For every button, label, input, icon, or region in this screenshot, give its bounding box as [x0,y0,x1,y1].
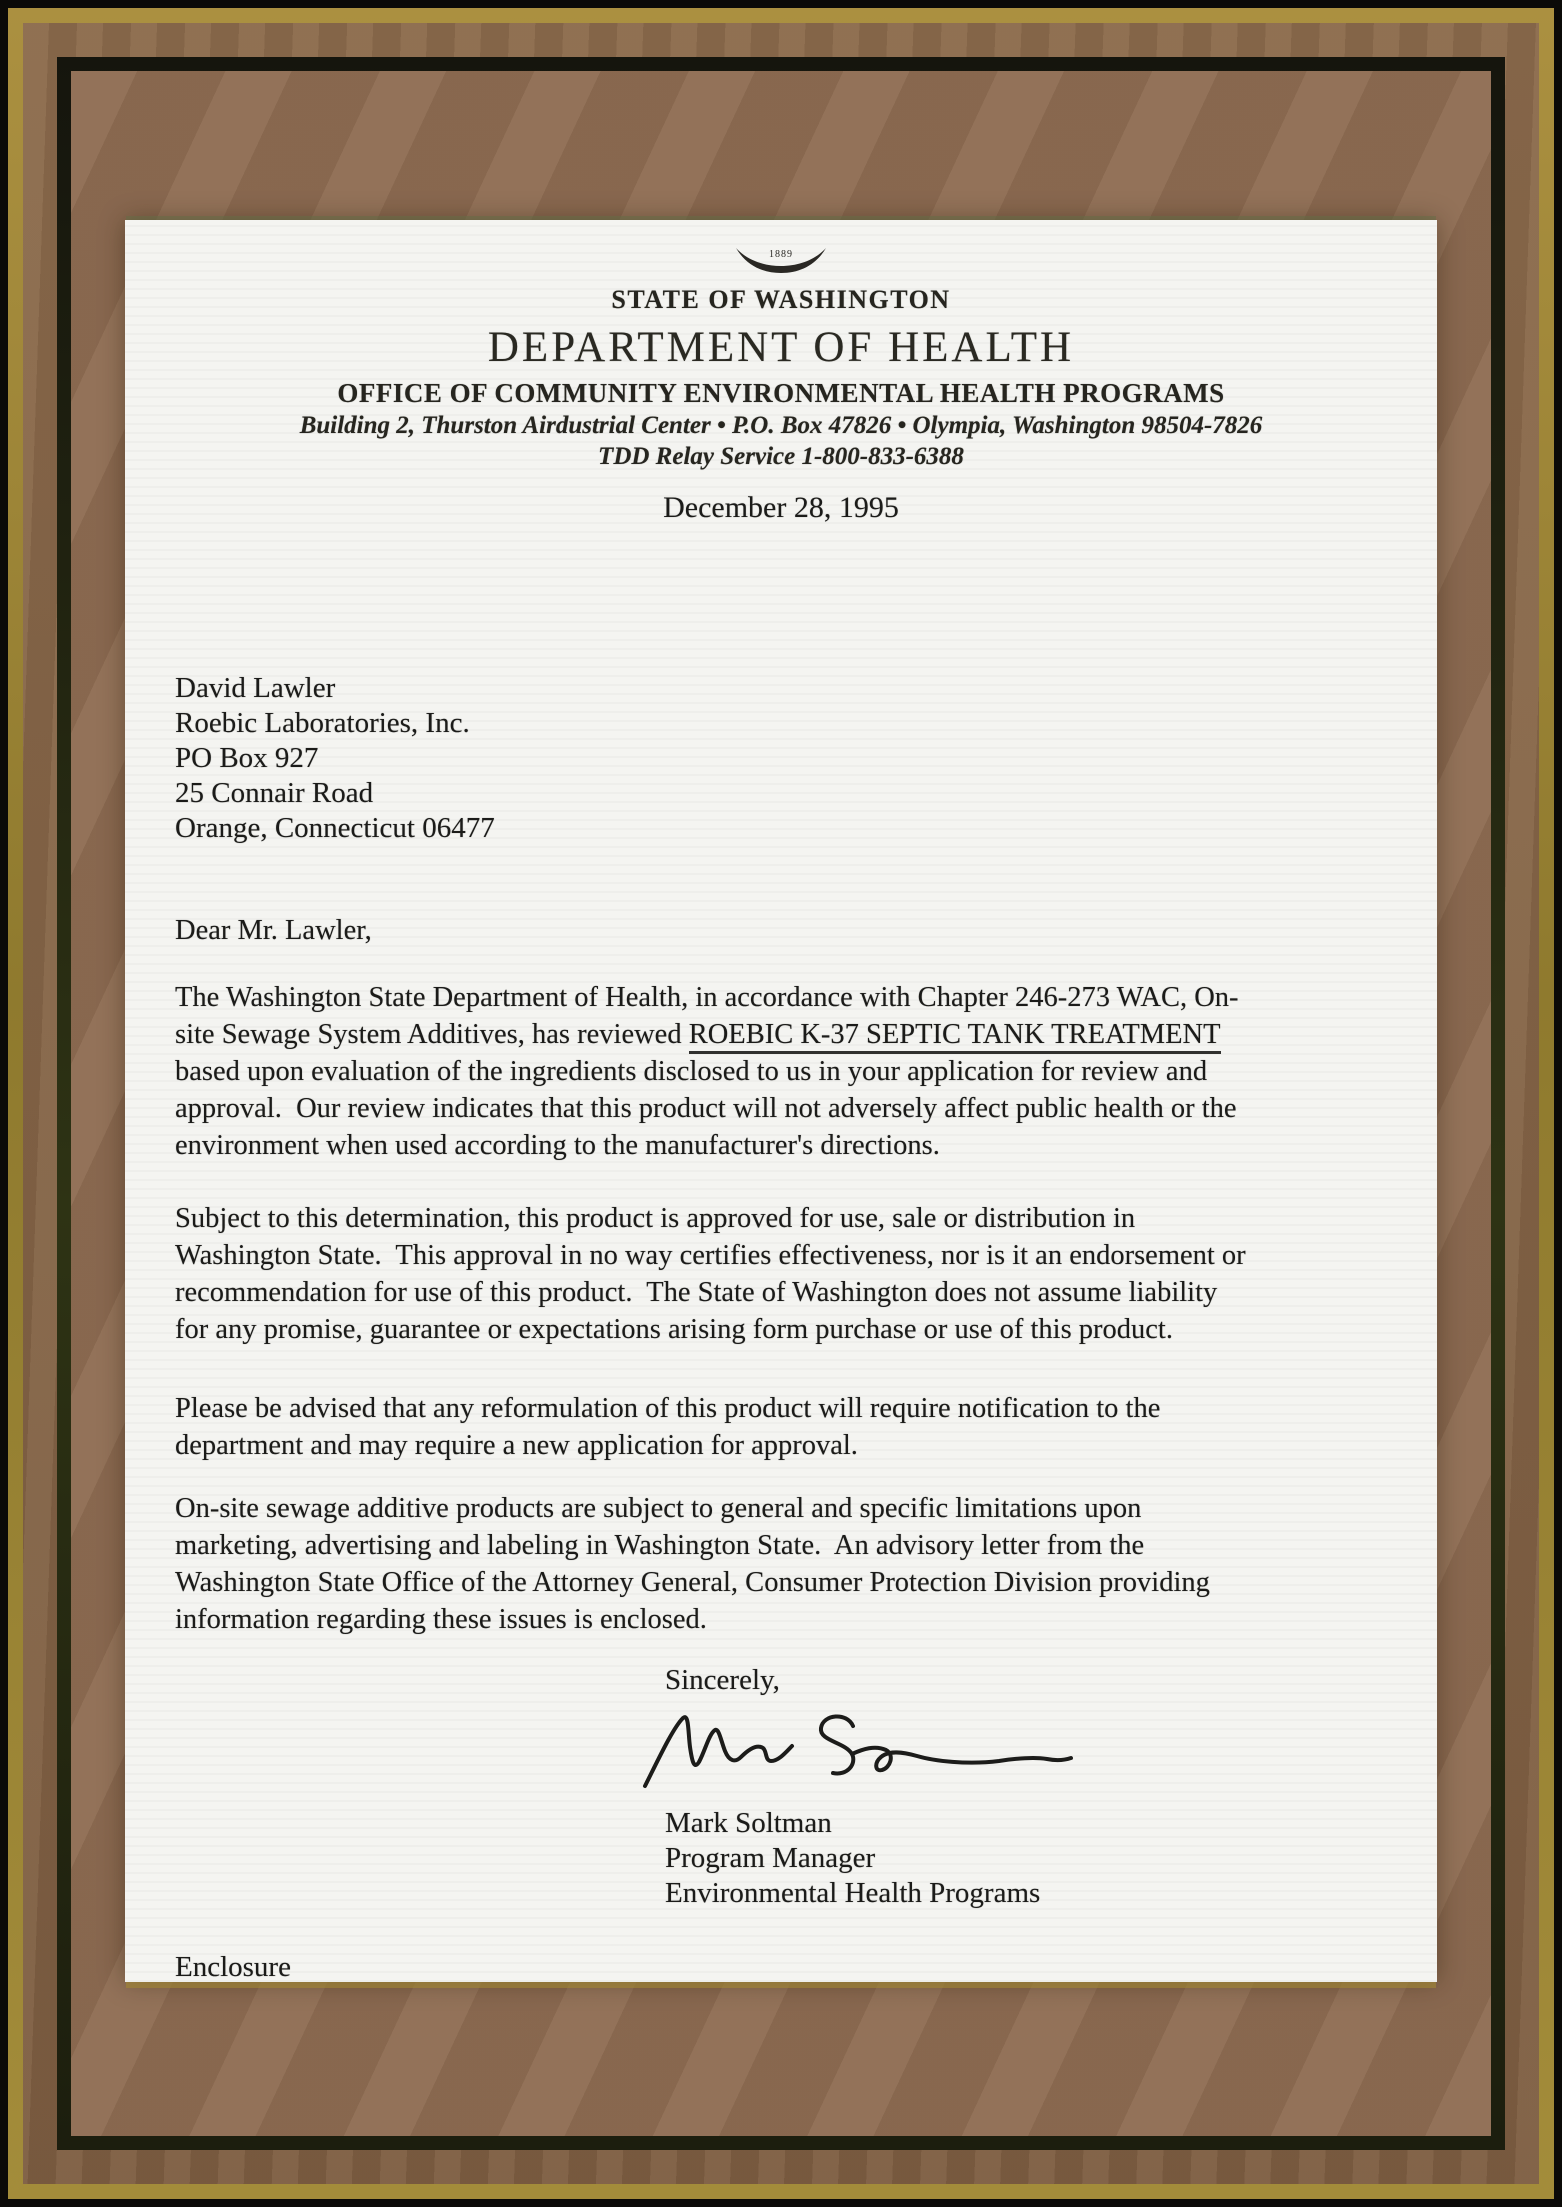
salutation: Dear Mr. Lawler, [175,912,1387,949]
letter-document: 1889 STATE OF WASHINGTON DEPARTMENT OF H… [125,220,1437,1982]
signer-division: Environmental Health Programs [665,1876,1387,1911]
signer-name: Mark Soltman [665,1806,1387,1841]
underlined-product-name: ROEBIC K-37 SEPTIC TANK TREATMENT [689,1019,1221,1054]
frame-mat: 1889 STATE OF WASHINGTON DEPARTMENT OF H… [71,71,1491,2136]
framed-letter-photo: 1889 STATE OF WASHINGTON DEPARTMENT OF H… [0,0,1562,2207]
signature-stroke-tail [852,1748,1071,1771]
body-line: Washington State Office of the Attorney … [175,1564,1387,1601]
letterhead-address: Building 2, Thurston Airdustrial Center … [175,412,1387,440]
signer-block: Mark Soltman Program Manager Environment… [665,1806,1387,1911]
recipient-street: 25 Connair Road [175,776,1387,811]
body-line: approval. Our review indicates that this… [175,1090,1387,1127]
body-line: environment when used according to the m… [175,1127,1387,1164]
letterhead-office: OFFICE OF COMMUNITY ENVIRONMENTAL HEALTH… [175,378,1387,409]
signature-stroke-s-loop [821,1716,853,1773]
paragraph-3: Please be advised that any reformulation… [175,1390,1387,1464]
body-line: information regarding these issues is en… [175,1601,1387,1638]
body-line: recommendation for use of this product. … [175,1274,1387,1311]
letterhead-tdd-line: TDD Relay Service 1-800-833-6388 [175,443,1387,471]
signer-title: Program Manager [665,1841,1387,1876]
body-line: On-site sewage additive products are sub… [175,1490,1387,1527]
letterhead-department: DEPARTMENT OF HEALTH [175,323,1387,372]
body-line: based upon evaluation of the ingredients… [175,1053,1387,1090]
signature-stroke-first-name [645,1717,792,1786]
letterhead-state: STATE OF WASHINGTON [175,285,1387,315]
body-line: department and may require a new applica… [175,1427,1387,1464]
signature-image [637,1706,1077,1800]
body-line: marketing, advertising and labeling in W… [175,1527,1387,1564]
body-line: Washington State. This approval in no wa… [175,1237,1387,1274]
paragraph-1: The Washington State Department of Healt… [175,979,1387,1164]
body-line: Please be advised that any reformulation… [175,1390,1387,1427]
recipient-address-block: David Lawler Roebic Laboratories, Inc. P… [175,671,1387,846]
paragraph-4: On-site sewage additive products are sub… [175,1490,1387,1638]
seal-year: 1889 [769,249,793,260]
letter-date: December 28, 1995 [175,491,1387,525]
enclosure-note: Enclosure [175,1951,1387,1982]
body-line-text: site Sewage System Additives, has review… [175,1019,689,1050]
closing-block: Sincerely, Mark Soltman Program Manager … [665,1662,1387,1911]
recipient-name: David Lawler [175,671,1387,706]
body-line: site Sewage System Additives, has review… [175,1016,1387,1053]
paragraph-2: Subject to this determination, this prod… [175,1200,1387,1348]
recipient-po-box: PO Box 927 [175,741,1387,776]
recipient-city-state-zip: Orange, Connecticut 06477 [175,811,1387,846]
body-line: for any promise, guarantee or expectatio… [175,1311,1387,1348]
closing-sincerely: Sincerely, [665,1662,1387,1698]
body-line: The Washington State Department of Healt… [175,979,1387,1016]
recipient-company: Roebic Laboratories, Inc. [175,706,1387,741]
state-seal-fragment: 1889 [736,246,826,273]
body-line: Subject to this determination, this prod… [175,1200,1387,1237]
